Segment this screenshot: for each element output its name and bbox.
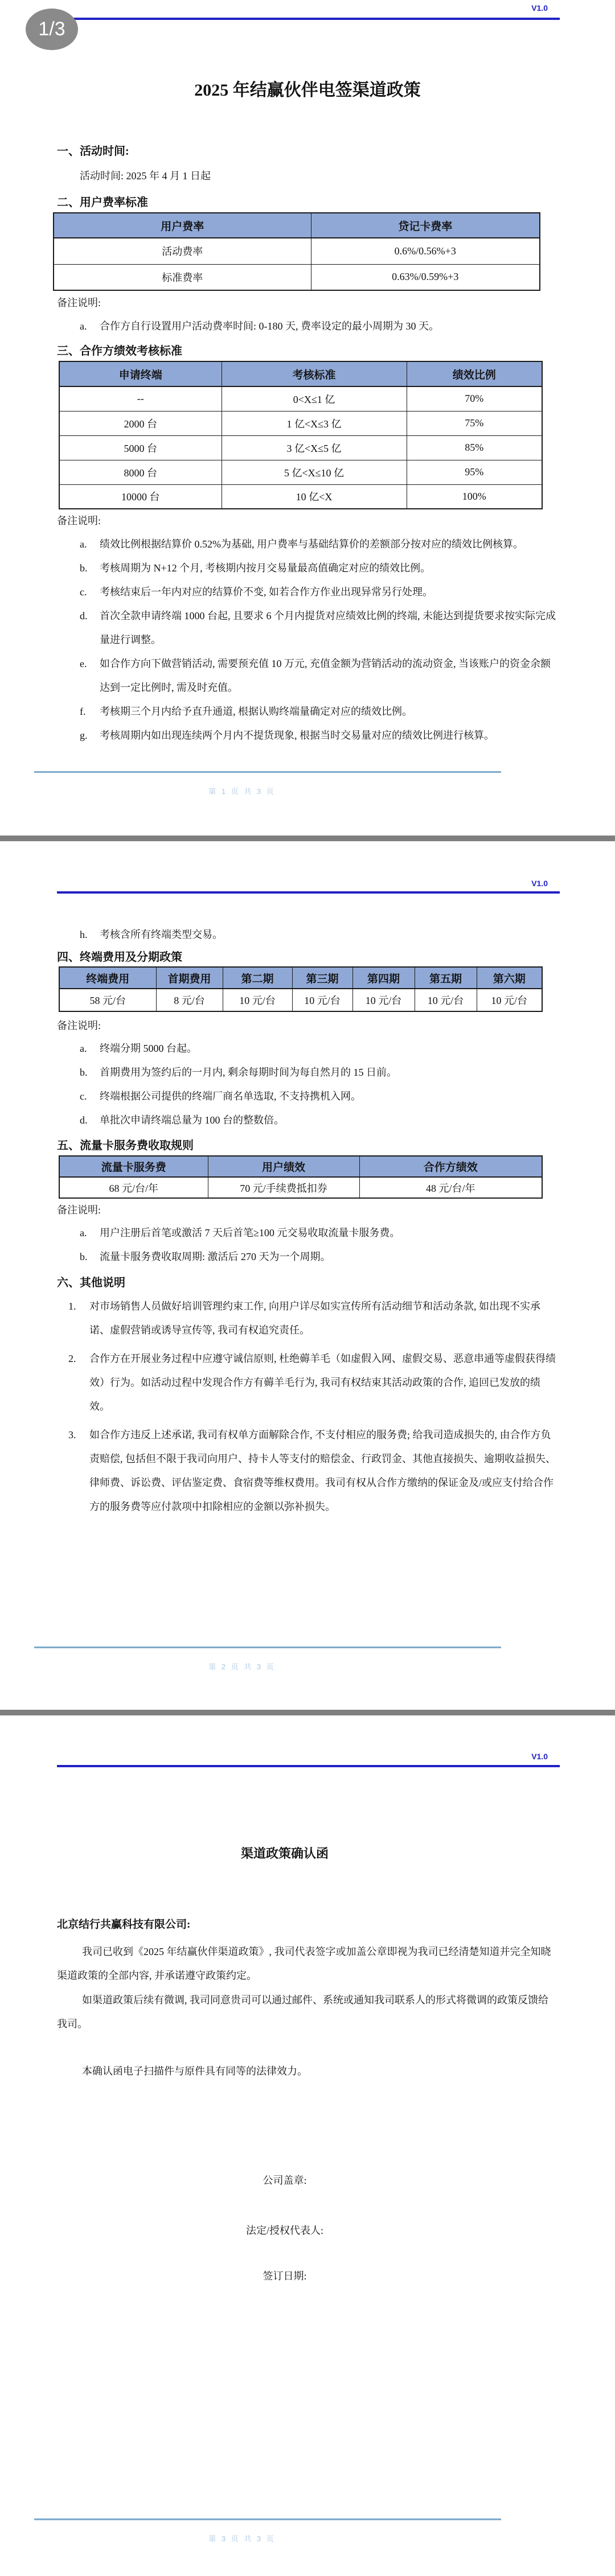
note-item: e. 如合作方向下做营销活动, 需要预充值 10 万元, 充值金额为营销活动的流… (80, 652, 558, 699)
table-row: 2000 台 1 亿<X≤3 亿 75% (59, 411, 542, 435)
confirmation-paragraph: 如渠道政策后续有微调, 我司同意贵司可以通过邮件、系统或通知我司联系人的形式将微… (57, 1988, 558, 2036)
note-item: c. 终端根据公司提供的终端厂商名单选取, 不支持携机入网。 (80, 1084, 558, 1108)
notes-label: 备注说明: (57, 1016, 558, 1035)
table-cell: 100% (407, 484, 542, 509)
table-header-cell: 流量卡服务费 (59, 1156, 208, 1177)
page-separator (0, 1710, 615, 1715)
page-footer: 第 2 页 共 3 页 (20, 1661, 464, 1672)
note-text: 考核结束后一年内对应的结算价不变, 如若合作方作业出现异常另行处理。 (100, 580, 558, 604)
note-number: 1. (68, 1294, 89, 1342)
note-text: 如合作方向下做营销活动, 需要预充值 10 万元, 充值金额为营销活动的流动资金… (100, 652, 558, 699)
table-header-cell: 第三期 (292, 967, 352, 989)
table-cell: 95% (407, 460, 542, 484)
table-header-cell: 第二期 (223, 967, 292, 989)
table-row: 68 元/台/年 70 元/手续费抵扣券 48 元/台/年 (59, 1177, 542, 1198)
terminal-fee-table: 终端费用 首期费用 第二期 第三期 第四期 第五期 第六期 58 元/台 8 元… (59, 966, 543, 1012)
page-number-label: 1/3 (38, 18, 65, 40)
note-letter: b. (80, 556, 100, 580)
note-letter: c. (80, 580, 100, 604)
note-text: 首期费用为签约后的一月内, 剩余每期时间为每自然月的 15 日前。 (100, 1060, 558, 1084)
note-text: 终端分期 5000 台起。 (100, 1036, 558, 1060)
note-item: 1. 对市场销售人员做好培训管理约束工作, 向用户详尽如实宣传所有活动细节和活动… (68, 1294, 558, 1342)
note-text: 单批次申请终端总量为 100 台的整数倍。 (100, 1108, 558, 1132)
table-row: -- 0<X≤1 亿 70% (59, 386, 542, 411)
table-header-cell: 贷记卡费率 (311, 213, 540, 238)
page-2: V1.0 h. 考核含所有终端类型交易。 四、终端费用及分期政策 终端费用 (0, 841, 615, 1710)
table-header-cell: 第五期 (415, 967, 477, 989)
table-cell: 标准费率 (54, 264, 311, 290)
table-cell: 2000 台 (59, 411, 222, 435)
note-letter: a. (80, 1036, 100, 1060)
table-cell: 8 元/台 (156, 989, 223, 1011)
footer-rule (34, 2519, 501, 2520)
table-cell: 10 元/台 (415, 989, 477, 1011)
table-row: 58 元/台 8 元/台 10 元/台 10 元/台 10 元/台 10 元/台… (59, 989, 542, 1011)
note-item: a. 终端分期 5000 台起。 (80, 1036, 558, 1060)
table-row: 活动费率 0.6%/0.56%+3 (54, 238, 540, 264)
notes-list: a. 终端分期 5000 台起。 b. 首期费用为签约后的一月内, 剩余每期时间… (80, 1036, 558, 1132)
company-seal-label: 公司盖章: (57, 2168, 512, 2192)
note-item: b. 考核周期为 N+12 个月, 考核期内按月交易量最高值确定对应的绩效比例。 (80, 556, 558, 580)
table-cell: 0<X≤1 亿 (222, 386, 407, 411)
confirmation-paragraph: 本确认函电子扫描件与原件具有同等的法律效力。 (57, 2059, 558, 2083)
section-heading-performance: 三、合作方绩效考核标准 (57, 342, 558, 360)
rate-table: 用户费率 贷记卡费率 活动费率 0.6%/0.56%+3 标准费率 0.63%/… (53, 212, 540, 291)
note-number: 2. (68, 1347, 89, 1418)
notes-label: 备注说明: (57, 293, 558, 312)
table-header-cell: 首期费用 (156, 967, 223, 989)
note-item: a. 合作方自行设置用户活动费率时间: 0-180 天, 费率设定的最小周期为 … (80, 314, 558, 338)
table-cell: 10 元/台 (223, 989, 292, 1011)
page-number-badge: 1/3 (26, 9, 78, 50)
note-number: 3. (68, 1423, 89, 1519)
note-text: 考核期三个月内给予直升通道, 根据认购终端量确定对应的绩效比例。 (100, 699, 558, 723)
footer-rule (34, 1647, 501, 1648)
note-item: b. 首期费用为签约后的一月内, 剩余每期时间为每自然月的 15 日前。 (80, 1060, 558, 1084)
table-cell: 0.63%/0.59%+3 (311, 264, 540, 290)
note-letter: b. (80, 1060, 100, 1084)
note-item: c. 考核结束后一年内对应的结算价不变, 如若合作方作业出现异常另行处理。 (80, 580, 558, 604)
footer-rule (34, 771, 501, 773)
document-viewer: 1/3 V1.0 2025 年结赢伙伴电签渠道政策 一、活动时间: 活动时间: … (0, 0, 615, 2576)
table-row: 10000 台 10 亿<X 100% (59, 484, 542, 509)
section-heading-sim-fee: 五、流量卡服务费收取规则 (57, 1137, 558, 1155)
note-letter: a. (80, 314, 100, 338)
table-cell: 5 亿<X≤10 亿 (222, 460, 407, 484)
note-item: a. 用户注册后首笔或激活 7 天后首笔≥100 元交易收取流量卡服务费。 (80, 1221, 558, 1245)
note-text: 流量卡服务费收取周期: 激活后 270 天为一个周期。 (100, 1245, 558, 1269)
note-item: a. 绩效比例根据结算价 0.52%为基础, 用户费率与基础结算价的差额部分按对… (80, 532, 558, 556)
notes-list: h. 考核含所有终端类型交易。 (80, 923, 558, 947)
table-header-cell: 合作方绩效 (359, 1156, 542, 1177)
table-row: 8000 台 5 亿<X≤10 亿 95% (59, 460, 542, 484)
table-header-cell: 绩效比例 (407, 361, 542, 386)
note-item: g. 考核周期内如出现连续两个月内不提货现象, 根据当时交易量对应的绩效比例进行… (80, 723, 558, 747)
note-item: d. 首次全款申请终端 1000 台起, 且要求 6 个月内提货对应绩效比例的终… (80, 604, 558, 652)
table-cell: 5000 台 (59, 435, 222, 460)
signing-date-label: 签订日期: (57, 2264, 512, 2288)
note-letter: e. (80, 652, 100, 699)
other-notes-list: 1. 对市场销售人员做好培训管理约束工作, 向用户详尽如实宣传所有活动细节和活动… (68, 1294, 558, 1519)
note-item: h. 考核含所有终端类型交易。 (80, 923, 558, 947)
table-header-cell: 第六期 (477, 967, 542, 989)
notes-label: 备注说明: (57, 1200, 558, 1220)
table-cell: 10 亿<X (222, 484, 407, 509)
activity-time-text: 活动时间: 2025 年 4 月 1 日起 (80, 164, 558, 188)
table-header-cell: 考核标准 (222, 361, 407, 386)
table-header-row: 用户费率 贷记卡费率 (54, 213, 540, 238)
note-text: 考核周期内如出现连续两个月内不提货现象, 根据当时交易量对应的绩效比例进行核算。 (100, 723, 558, 747)
note-text: 考核周期为 N+12 个月, 考核期内按月交易量最高值确定对应的绩效比例。 (100, 556, 558, 580)
table-row: 标准费率 0.63%/0.59%+3 (54, 264, 540, 290)
note-letter: h. (80, 923, 100, 947)
note-item: b. 流量卡服务费收取周期: 激活后 270 天为一个周期。 (80, 1245, 558, 1269)
table-header-cell: 用户绩效 (208, 1156, 359, 1177)
note-letter: f. (80, 699, 100, 723)
section-heading-other: 六、其他说明 (57, 1274, 558, 1292)
notes-list: a. 合作方自行设置用户活动费率时间: 0-180 天, 费率设定的最小周期为 … (80, 314, 558, 338)
table-header-cell: 第四期 (352, 967, 415, 989)
note-letter: a. (80, 1221, 100, 1245)
confirmation-paragraph: 我司已收到《2025 年结赢伙伴渠道政策》, 我司代表签字或加盖公章即视为我司已… (57, 1940, 558, 1987)
note-item: f. 考核期三个月内给予直升通道, 根据认购终端量确定对应的绩效比例。 (80, 699, 558, 723)
note-text: 考核含所有终端类型交易。 (100, 923, 558, 947)
table-cell: 75% (407, 411, 542, 435)
performance-table: 申请终端 考核标准 绩效比例 -- 0<X≤1 亿 70% 2000 台 1 亿… (59, 361, 543, 509)
table-header-cell: 用户费率 (54, 213, 311, 238)
page-footer: 第 3 页 共 3 页 (20, 2533, 464, 2544)
table-cell: 1 亿<X≤3 亿 (222, 411, 407, 435)
section-heading-user-rate: 二、用户费率标准 (57, 194, 558, 212)
page-3-content: 渠道政策确认函 北京结行共赢科技有限公司: 我司已收到《2025 年结赢伙伴渠道… (0, 1715, 615, 2083)
table-cell: 70% (407, 386, 542, 411)
table-cell: 85% (407, 435, 542, 460)
table-header-row: 申请终端 考核标准 绩效比例 (59, 361, 542, 386)
note-letter: d. (80, 1108, 100, 1132)
page-3: V1.0 渠道政策确认函 北京结行共赢科技有限公司: 我司已收到《2025 年结… (0, 1715, 615, 2576)
note-letter: g. (80, 723, 100, 747)
note-text: 首次全款申请终端 1000 台起, 且要求 6 个月内提货对应绩效比例的终端, … (100, 604, 558, 652)
table-cell: 10000 台 (59, 484, 222, 509)
page-footer: 第 1 页 共 3 页 (20, 785, 464, 796)
note-text: 终端根据公司提供的终端厂商名单选取, 不支持携机入网。 (100, 1084, 558, 1108)
note-text: 合作方自行设置用户活动费率时间: 0-180 天, 费率设定的最小周期为 30 … (100, 314, 558, 338)
table-row: 5000 台 3 亿<X≤5 亿 85% (59, 435, 542, 460)
note-letter: b. (80, 1245, 100, 1269)
section-heading-terminal-fee: 四、终端费用及分期政策 (57, 948, 558, 966)
table-header-row: 流量卡服务费 用户绩效 合作方绩效 (59, 1156, 542, 1177)
table-cell: 10 元/台 (292, 989, 352, 1011)
notes-list: a. 绩效比例根据结算价 0.52%为基础, 用户费率与基础结算价的差额部分按对… (80, 532, 558, 747)
note-letter: c. (80, 1084, 100, 1108)
note-item: 2. 合作方在开展业务过程中应遵守诚信原则, 杜绝薅羊毛（如虚假入网、虚假交易、… (68, 1347, 558, 1418)
note-text: 用户注册后首笔或激活 7 天后首笔≥100 元交易收取流量卡服务费。 (100, 1221, 558, 1245)
table-cell: 10 元/台 (477, 989, 542, 1011)
note-item: d. 单批次申请终端总量为 100 台的整数倍。 (80, 1108, 558, 1132)
note-text: 合作方在开展业务过程中应遵守诚信原则, 杜绝薅羊毛（如虚假入网、虚假交易、恶意串… (89, 1347, 558, 1418)
table-cell: 48 元/台/年 (359, 1177, 542, 1198)
note-item: 3. 如合作方违反上述承诺, 我司有权单方面解除合作, 不支付相应的服务费; 给… (68, 1423, 558, 1519)
note-text: 对市场销售人员做好培训管理约束工作, 向用户详尽如实宣传所有活动细节和活动条款,… (89, 1294, 558, 1342)
table-cell: 70 元/手续费抵扣券 (208, 1177, 359, 1198)
table-header-cell: 申请终端 (59, 361, 222, 386)
table-cell: 68 元/台/年 (59, 1177, 208, 1198)
addressee-company: 北京结行共赢科技有限公司: (57, 1913, 558, 1937)
table-header-row: 终端费用 首期费用 第二期 第三期 第四期 第五期 第六期 (59, 967, 542, 989)
table-cell: 58 元/台 (59, 989, 156, 1011)
section-heading-activity-time: 一、活动时间: (57, 142, 558, 161)
table-cell: 10 元/台 (352, 989, 415, 1011)
page-1: 1/3 V1.0 2025 年结赢伙伴电签渠道政策 一、活动时间: 活动时间: … (0, 0, 615, 836)
doc-title: 2025 年结赢伙伴电签渠道政策 (57, 79, 558, 102)
note-text: 绩效比例根据结算价 0.52%为基础, 用户费率与基础结算价的差额部分按对应的绩… (100, 532, 558, 556)
confirmation-letter-title: 渠道政策确认函 (57, 1843, 512, 1864)
legal-representative-label: 法定/授权代表人: (57, 2219, 512, 2242)
table-cell: -- (59, 386, 222, 411)
table-header-cell: 终端费用 (59, 967, 156, 989)
notes-list: a. 用户注册后首笔或激活 7 天后首笔≥100 元交易收取流量卡服务费。 b.… (80, 1221, 558, 1269)
note-letter: d. (80, 604, 100, 652)
page-1-content: 2025 年结赢伙伴电签渠道政策 一、活动时间: 活动时间: 2025 年 4 … (0, 0, 615, 747)
table-cell: 8000 台 (59, 460, 222, 484)
table-cell: 0.6%/0.56%+3 (311, 238, 540, 264)
page-2-content: h. 考核含所有终端类型交易。 四、终端费用及分期政策 终端费用 首期费用 第二… (0, 841, 615, 1519)
table-cell: 3 亿<X≤5 亿 (222, 435, 407, 460)
note-letter: a. (80, 532, 100, 556)
note-text: 如合作方违反上述承诺, 我司有权单方面解除合作, 不支付相应的服务费; 给我司造… (89, 1423, 558, 1519)
notes-label: 备注说明: (57, 511, 558, 530)
table-cell: 活动费率 (54, 238, 311, 264)
page-separator (0, 836, 615, 841)
sim-fee-table: 流量卡服务费 用户绩效 合作方绩效 68 元/台/年 70 元/手续费抵扣券 4… (59, 1155, 543, 1199)
